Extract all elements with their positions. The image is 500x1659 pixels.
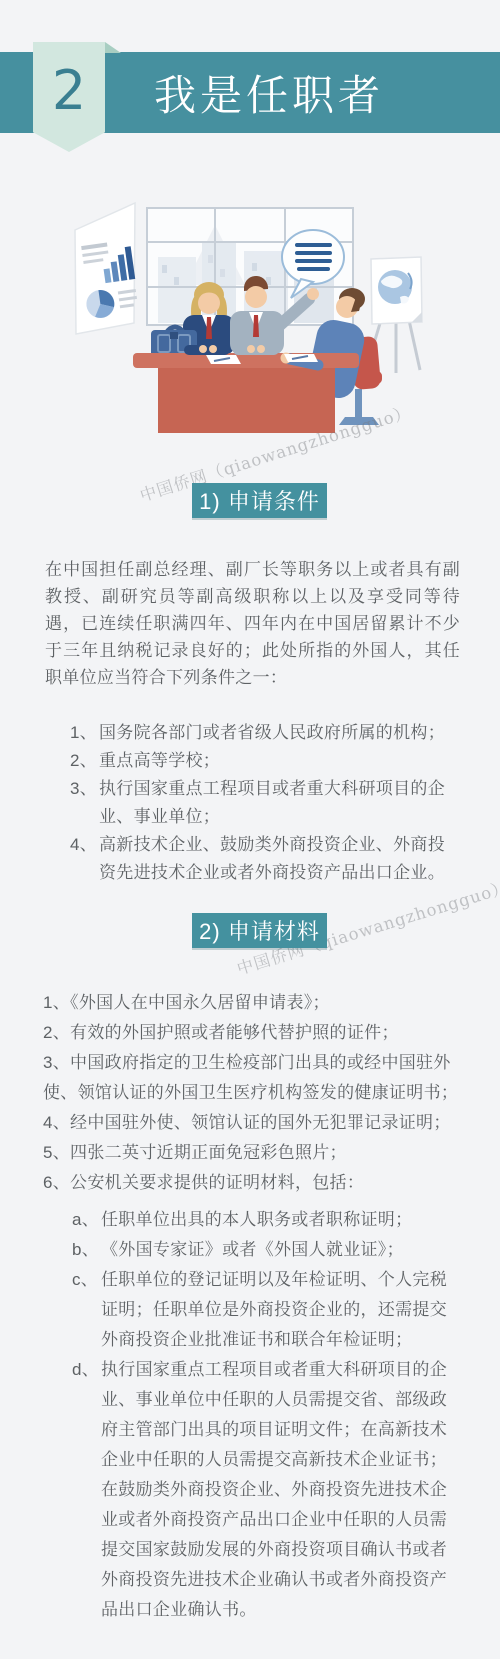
list-item: 5、四张二英寸近期正面免冠彩色照片； — [43, 1138, 463, 1168]
conditions-list: 1、 国务院各部门或者省级人民政府所属的机构； 2、 重点高等学校； 3、 执行… — [70, 719, 445, 887]
ribbon-fold — [105, 42, 121, 53]
intro-paragraph: 在中国担任副总经理、副厂长等职务以上或者具有副教授、副研究员等副高级职称以上以及… — [45, 556, 460, 691]
list-item-text: 《外国专家证》或者《外国人就业证》； — [101, 1235, 460, 1265]
meeting-illustration — [0, 165, 500, 485]
list-item-text: 国务院各部门或者省级人民政府所属的机构； — [99, 719, 445, 747]
list-item-text: 高新技术企业、鼓励类外商投资企业、外商投资先进技术企业或者外商投资产品出口企业。 — [99, 831, 445, 887]
page-title: 我是任职者 — [154, 63, 384, 123]
list-item: c、 任职单位的登记证明以及年检证明、个人完税证明；任职单位是外商投资企业的，还… — [72, 1265, 460, 1355]
list-item-text: 执行国家重点工程项目或者重大科研项目的企业、事业单位； — [99, 775, 445, 831]
list-item-text: 执行国家重点工程项目或者重大科研项目的企业、事业单位中任职的人员需提交省、部级政… — [101, 1355, 460, 1625]
list-item-letter: c、 — [72, 1265, 101, 1355]
list-item-text: 任职单位的登记证明以及年检证明、个人完税证明；任职单位是外商投资企业的，还需提交… — [101, 1265, 460, 1355]
section-header-conditions: 1) 申请条件 — [192, 483, 327, 518]
list-item: 4、 高新技术企业、鼓励类外商投资企业、外商投资先进技术企业或者外商投资产品出口… — [70, 831, 445, 887]
list-item: 6、公安机关要求提供的证明材料，包括： — [43, 1168, 463, 1198]
meeting-table — [133, 353, 359, 433]
infographic-page: 我是任职者 2 — [0, 0, 500, 1659]
list-item-number: 2、 — [70, 747, 99, 775]
list-item: d、 执行国家重点工程项目或者重大科研项目的企业、事业单位中任职的人员需提交省、… — [72, 1355, 460, 1625]
list-item: 1、《外国人在中国永久居留申请表》； — [43, 988, 463, 1018]
list-item: a、 任职单位出具的本人职务或者职称证明； — [72, 1205, 460, 1235]
article-body: 1) 申请条件 在中国担任副总经理、副厂长等职务以上或者具有副教授、副研究员等副… — [0, 483, 500, 1625]
list-item: 2、有效的外国护照或者能够代替护照的证件； — [43, 1018, 463, 1048]
list-item: 4、经中国驻外使、领馆认证的国外无犯罪记录证明； — [43, 1108, 463, 1138]
list-item-text: 重点高等学校； — [99, 747, 445, 775]
list-item: 1、 国务院各部门或者省级人民政府所属的机构； — [70, 719, 445, 747]
list-item-number: 4、 — [70, 831, 99, 887]
list-item: 2、 重点高等学校； — [70, 747, 445, 775]
list-item: 3、 执行国家重点工程项目或者重大科研项目的企业、事业单位； — [70, 775, 445, 831]
list-item: 3、中国政府指定的卫生检疫部门出具的或经中国驻外使、领馆认证的外国卫生医疗机构签… — [43, 1048, 463, 1108]
list-item: b、 《外国专家证》或者《外国人就业证》； — [72, 1235, 460, 1265]
sub-materials-list: a、 任职单位出具的本人职务或者职称证明； b、 《外国专家证》或者《外国人就业… — [72, 1205, 460, 1625]
list-item-number: 3、 — [70, 775, 99, 831]
list-item-text: 任职单位出具的本人职务或者职称证明； — [101, 1205, 460, 1235]
section-number-ribbon: 2 — [33, 42, 105, 152]
list-item-letter: a、 — [72, 1205, 101, 1235]
list-item-number: 1、 — [70, 719, 99, 747]
section-number: 2 — [52, 42, 86, 140]
list-item-letter: b、 — [72, 1235, 101, 1265]
presentation-board-icon — [75, 203, 140, 334]
list-item-letter: d、 — [72, 1355, 101, 1625]
materials-list: 1、《外国人在中国永久居留申请表》； 2、有效的外国护照或者能够代替护照的证件；… — [43, 988, 463, 1198]
section-header-materials: 2) 申请材料 — [192, 913, 327, 948]
